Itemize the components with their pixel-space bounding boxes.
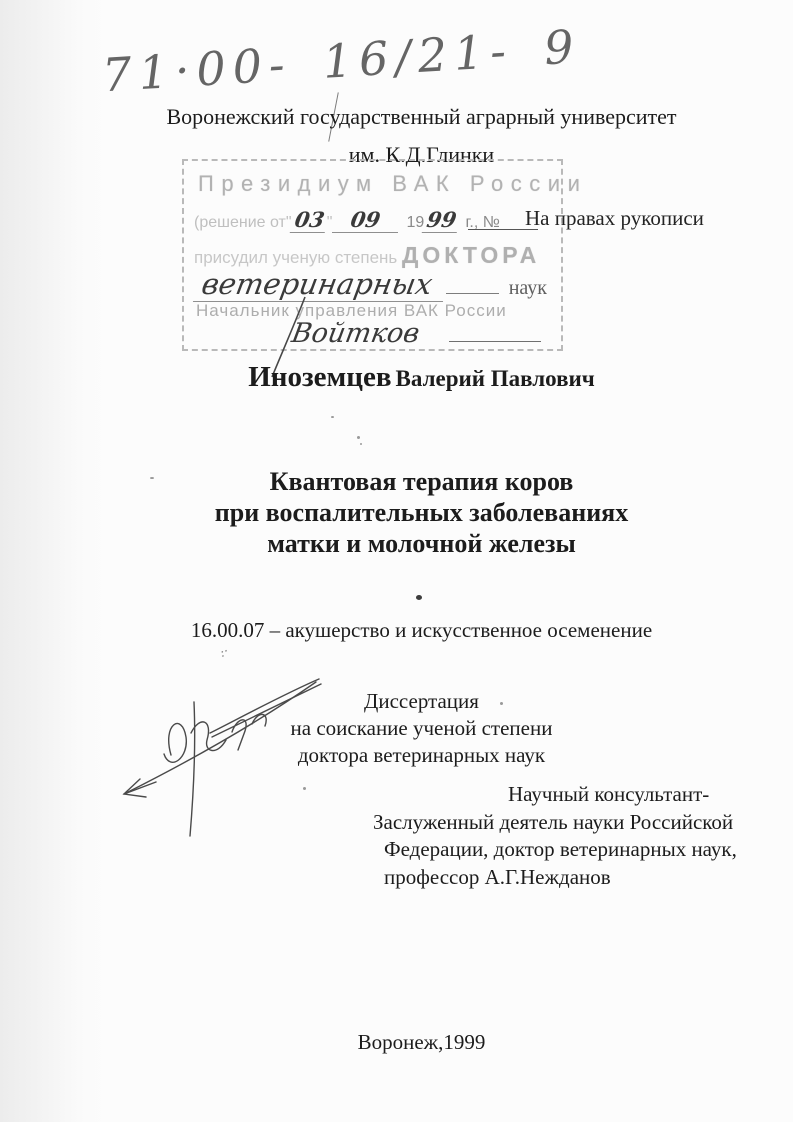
ink-speck	[331, 416, 334, 418]
author-given-names: Валерий Павлович	[396, 366, 595, 391]
consultant-line-2: Заслуженный деятель науки Российской	[373, 809, 758, 837]
handwritten-day: 03	[289, 207, 329, 233]
dissertation-title: Квантовая терапия коров при воспалительн…	[25, 466, 793, 559]
title-line-3: матки и молочной железы	[25, 528, 793, 559]
signature-scrawl	[116, 660, 354, 842]
stamp-nauk-label: наук	[499, 277, 547, 300]
ink-speck	[150, 477, 154, 479]
vak-approval-stamp: Президиум ВАК России (решение от " 03 " …	[182, 159, 563, 351]
ink-speck	[357, 436, 360, 439]
handwritten-month: 09	[346, 207, 386, 232]
city-year-footer: Воронеж,1999	[25, 1030, 793, 1055]
consultant-line-1: Научный консультант-	[373, 781, 758, 809]
consultant-line-4: профессор А.Г.Нежданов	[373, 864, 758, 892]
handwritten-catalog-number: 71·00- 16/21- 9	[101, 20, 573, 103]
blank-rule	[446, 261, 499, 294]
manuscript-note: На правах рукописи	[525, 206, 704, 231]
year-printed-prefix: 19	[398, 214, 424, 232]
handwritten-year: 99	[422, 207, 462, 233]
stamp-decision-prefix: (решение от	[194, 214, 286, 232]
ink-speck	[360, 443, 362, 445]
ink-speck	[416, 595, 422, 600]
title-line-1: Квантовая терапия коров	[25, 466, 793, 497]
signature-rule	[449, 311, 541, 342]
consultant-block: Научный консультант- Заслуженный деятель…	[373, 781, 758, 891]
consultant-line-3: Федерации, доктор ветеринарных наук,	[373, 836, 758, 864]
scanned-title-page: 71·00- 16/21- 9 Воронежский государствен…	[0, 0, 793, 1122]
specialty-code-line: 16.00.07 – акушерство и искусственное ос…	[25, 618, 793, 643]
handwritten-signature-name: Войтков	[229, 318, 452, 349]
stamp-branch-line: ветеринарных наук	[196, 261, 547, 302]
pencil-smudge: :·	[218, 644, 231, 661]
title-line-2: при воспалительных заболеваниях	[25, 497, 793, 528]
author-surname: Иноземцев	[248, 361, 391, 393]
author-name: Иноземцев Валерий Павлович	[25, 361, 793, 394]
month-blank: 09	[332, 207, 398, 233]
university-name: Воронежский государственный аграрный уни…	[25, 104, 793, 130]
stamp-header: Президиум ВАК России	[198, 171, 548, 197]
handwritten-branch: ветеринарных	[193, 267, 449, 302]
